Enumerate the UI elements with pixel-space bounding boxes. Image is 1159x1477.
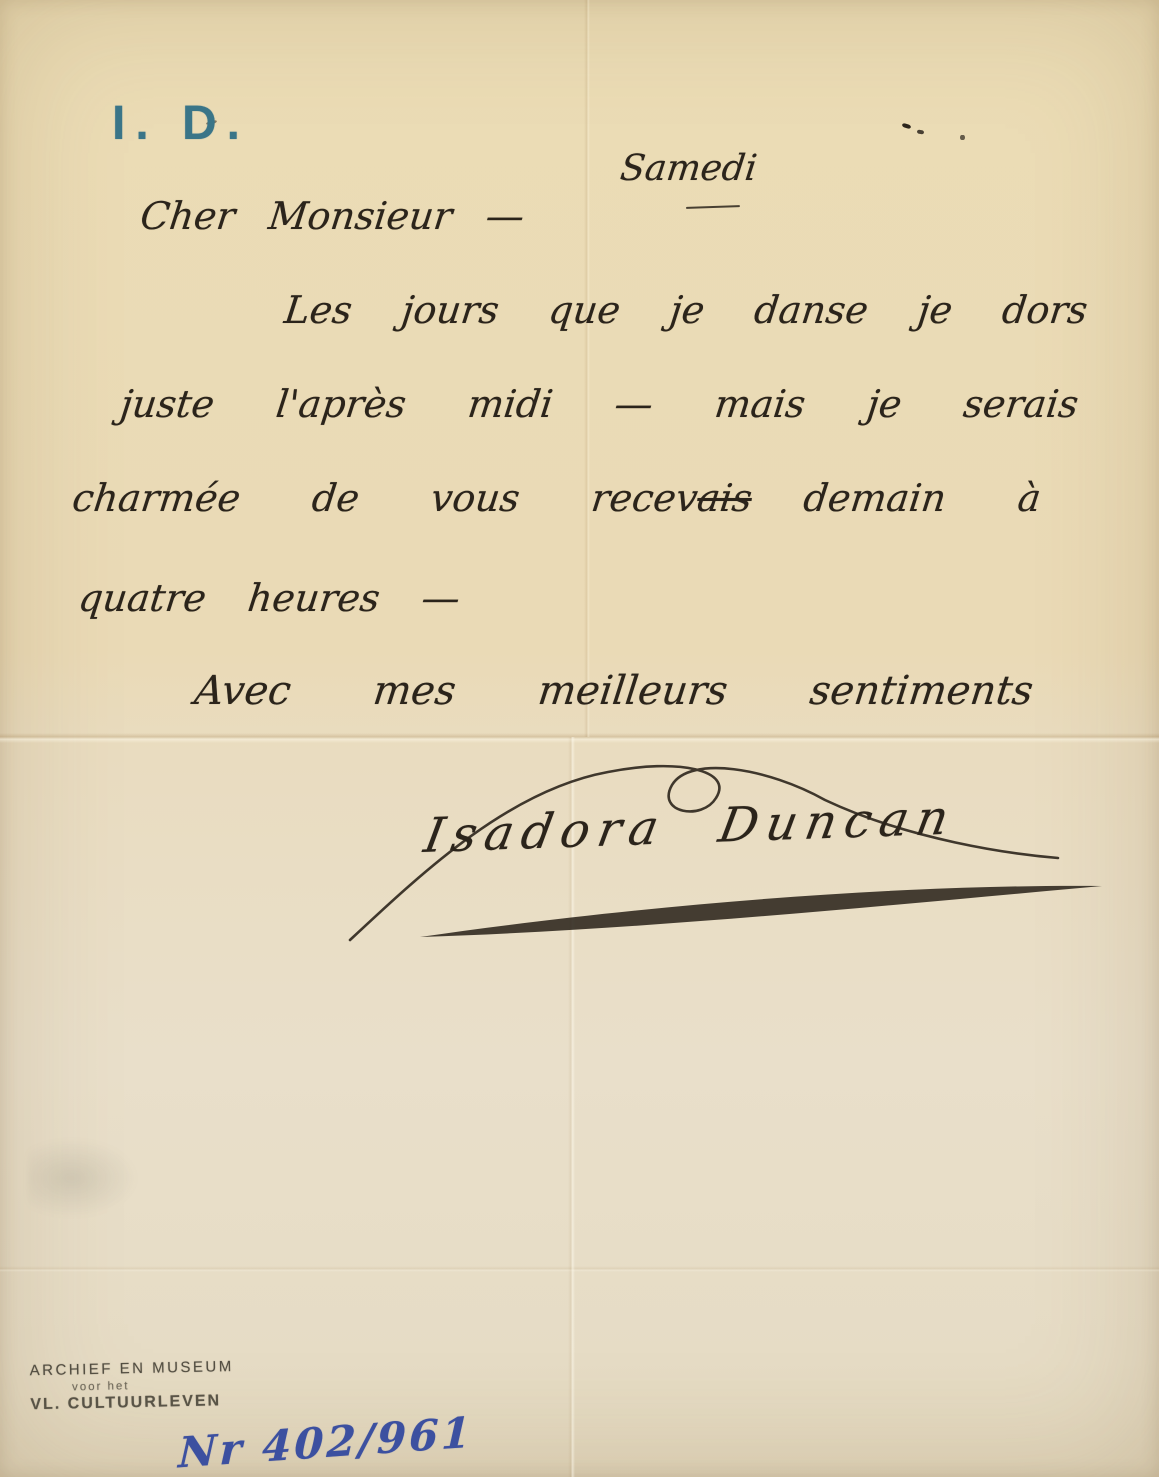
closing-line: Avec mes meilleurs sentiments [192, 668, 1036, 714]
body-line-3-post: demain à [801, 476, 1043, 520]
letterhead-monogram: I. D. [112, 96, 250, 151]
archive-number: Nr 402/961 [178, 1408, 475, 1477]
ink-speck [960, 135, 965, 140]
letter-page: I. D. Samedi Cher Monsieur — Les jours q… [0, 0, 1159, 1477]
stamp-line-3: VL. CULTUURLEVEN [30, 1392, 250, 1415]
body-line-3: charmée de vous recevaisdemain à [70, 476, 1043, 520]
ink-speck [917, 129, 925, 134]
stamp-line-2: voor het [72, 1378, 250, 1394]
horizontal-fold-crease [0, 733, 1159, 743]
lower-fold-crease [0, 1266, 1159, 1272]
stamp-line-1: ARCHIEF EN MUSEUM [29, 1358, 249, 1380]
crossed-out-text: ais [695, 476, 755, 520]
body-line-1: Les jours que je danse je dors [282, 288, 1090, 332]
archive-stamp: ARCHIEF EN MUSEUM voor het VL. CULTUURLE… [29, 1358, 250, 1415]
body-line-2: juste l'après midi — mais je serais [118, 382, 1081, 426]
body-line-3-pre: charmée de vous recev [70, 476, 700, 520]
ink-speck [902, 123, 912, 130]
date-line: Samedi [618, 148, 759, 189]
salutation: Cher Monsieur — [138, 194, 527, 238]
body-line-4: quatre heures — [76, 576, 463, 620]
paper-smudge [28, 1138, 138, 1218]
vertical-fold-crease-top [584, 0, 590, 737]
date-underline [686, 205, 740, 209]
